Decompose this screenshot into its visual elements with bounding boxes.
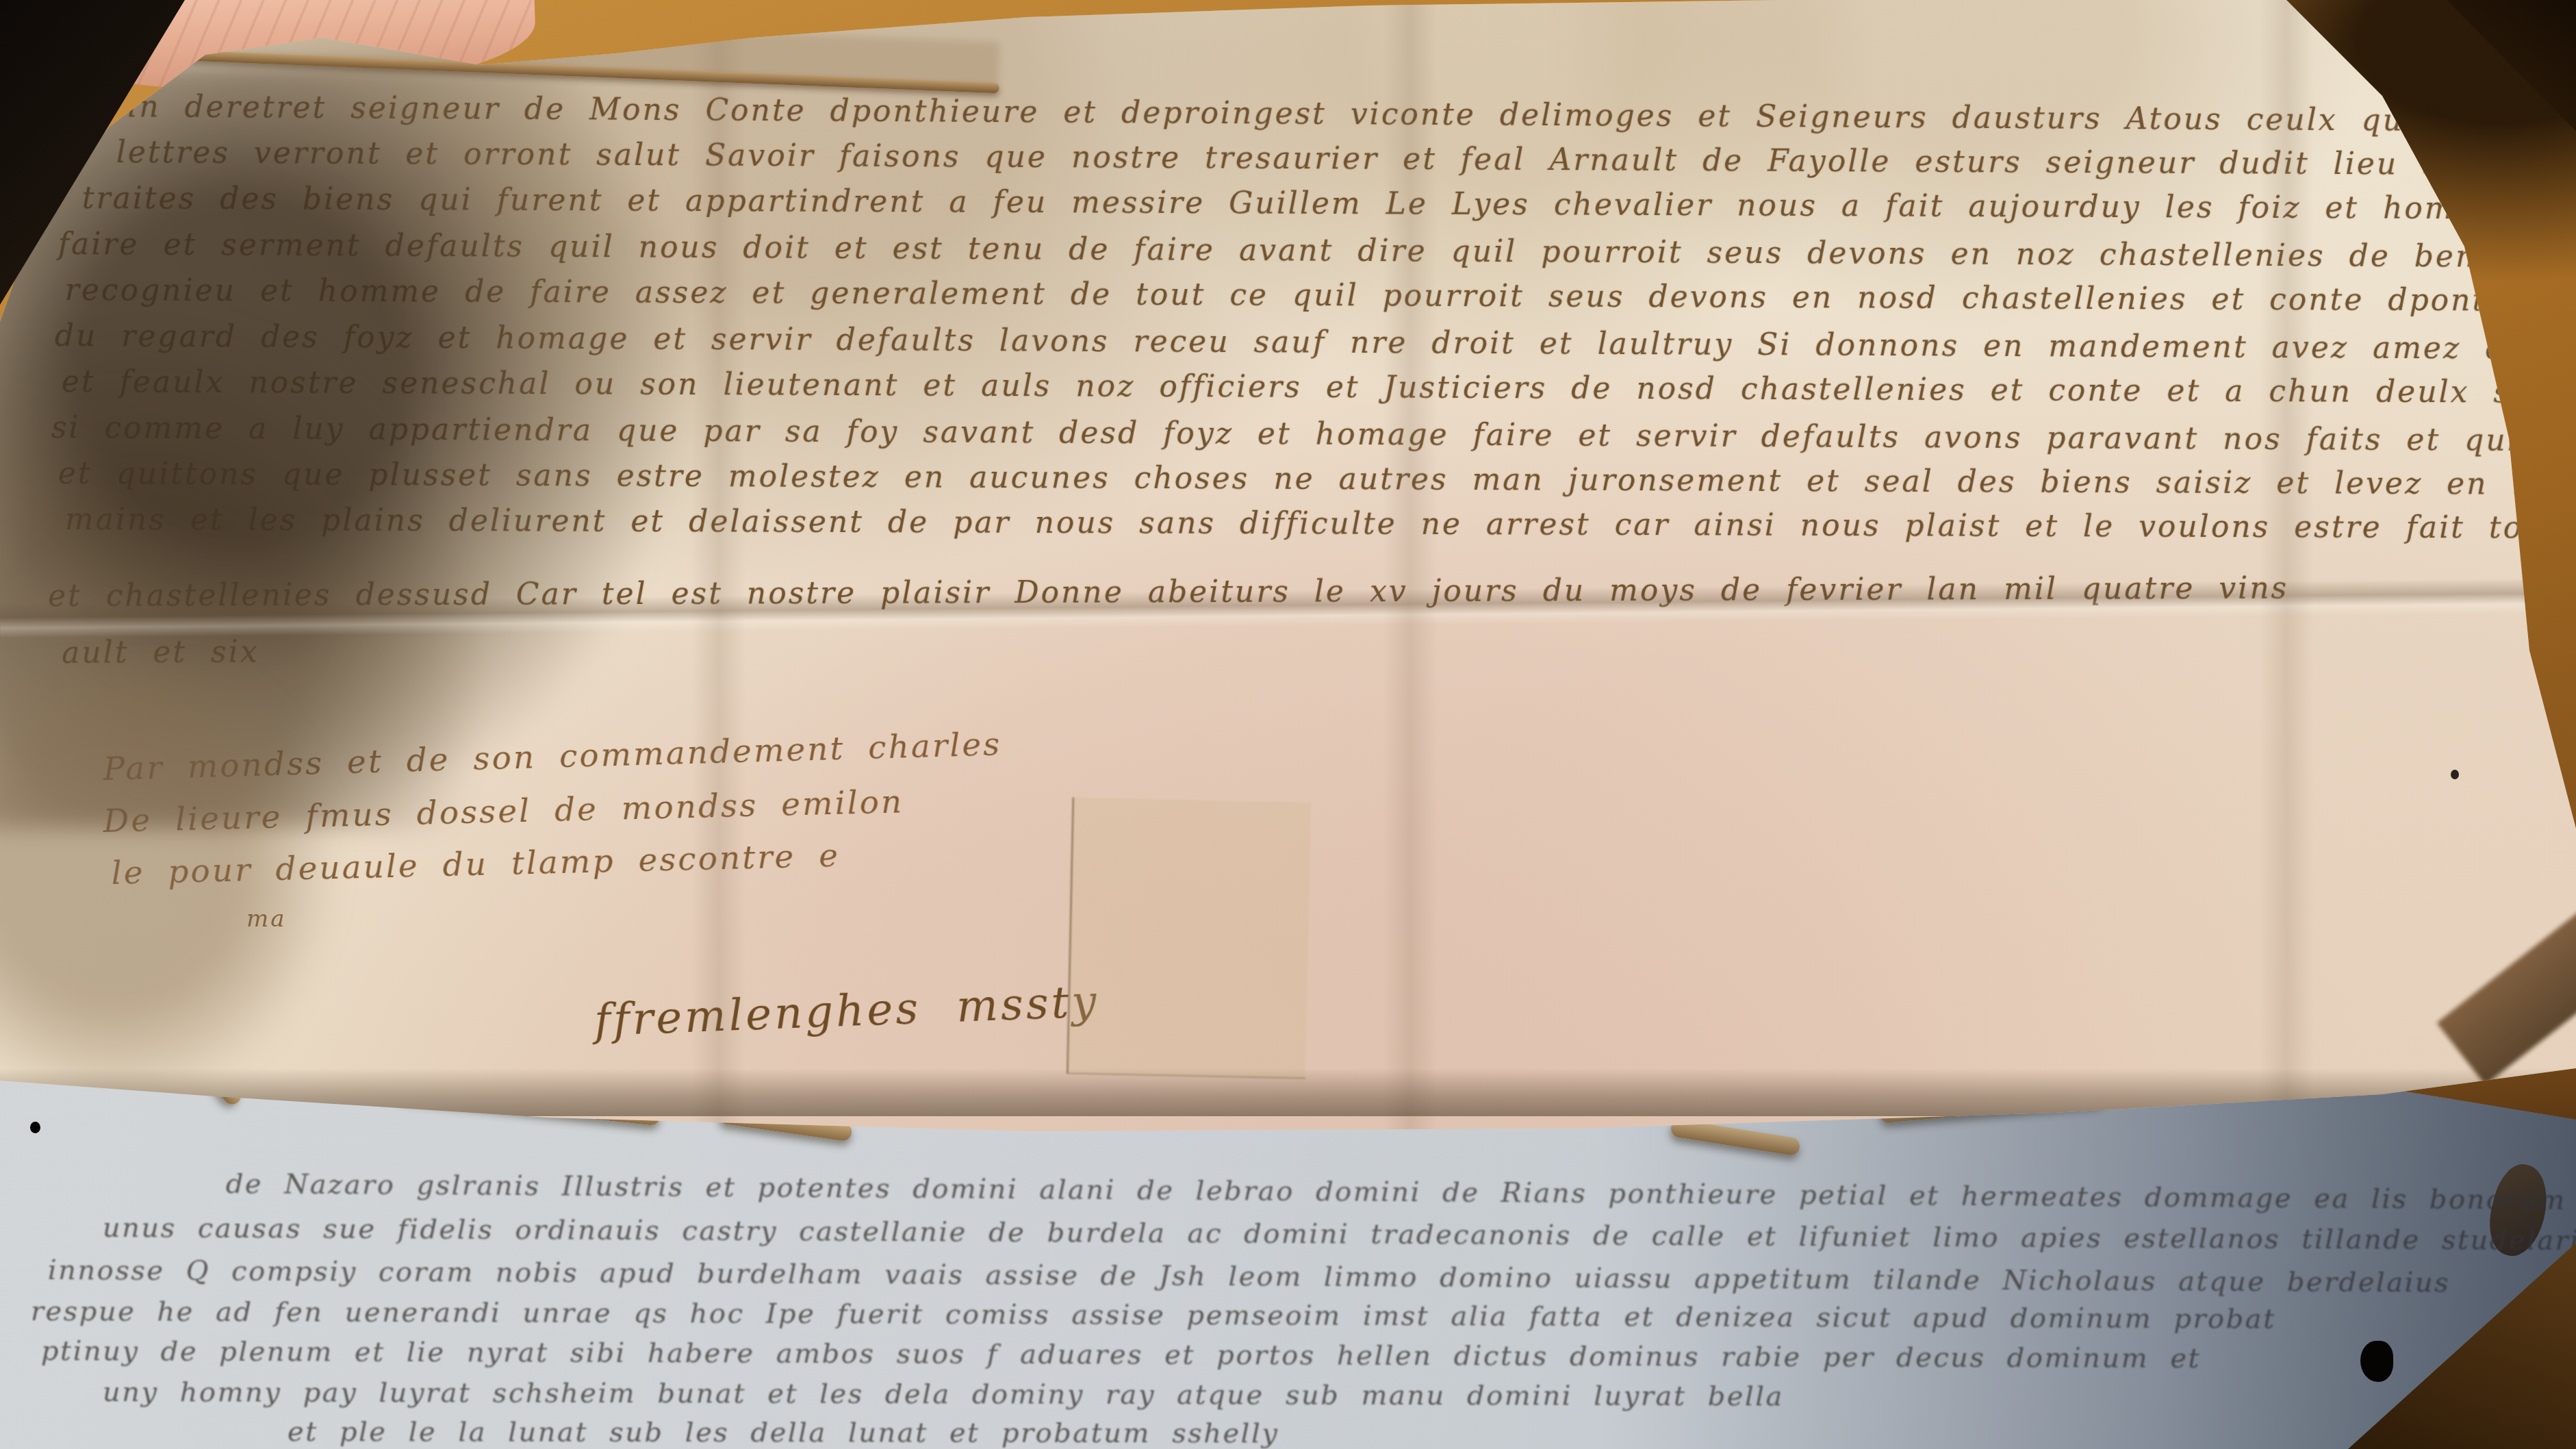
folded-corner-bottom-right (2437, 884, 2576, 1085)
parchment-repair-patch (1067, 797, 1311, 1079)
signature-name: ffremlenghes (594, 983, 921, 1046)
hole-in-parchment (2360, 1341, 2393, 1382)
ink-spot (30, 1122, 40, 1133)
stain-left-lower (0, 671, 342, 1109)
ink-spot (2451, 770, 2459, 779)
photo-of-medieval-parchment-charters: de Nazaro gslranis Illustris et potentes… (0, 0, 2576, 1449)
vertical-crease (691, 0, 746, 1137)
clerk-signature: ffremlenghes mssty (594, 977, 1100, 1046)
vertical-crease (2259, 0, 2314, 1137)
vertical-crease (1383, 0, 1438, 1137)
